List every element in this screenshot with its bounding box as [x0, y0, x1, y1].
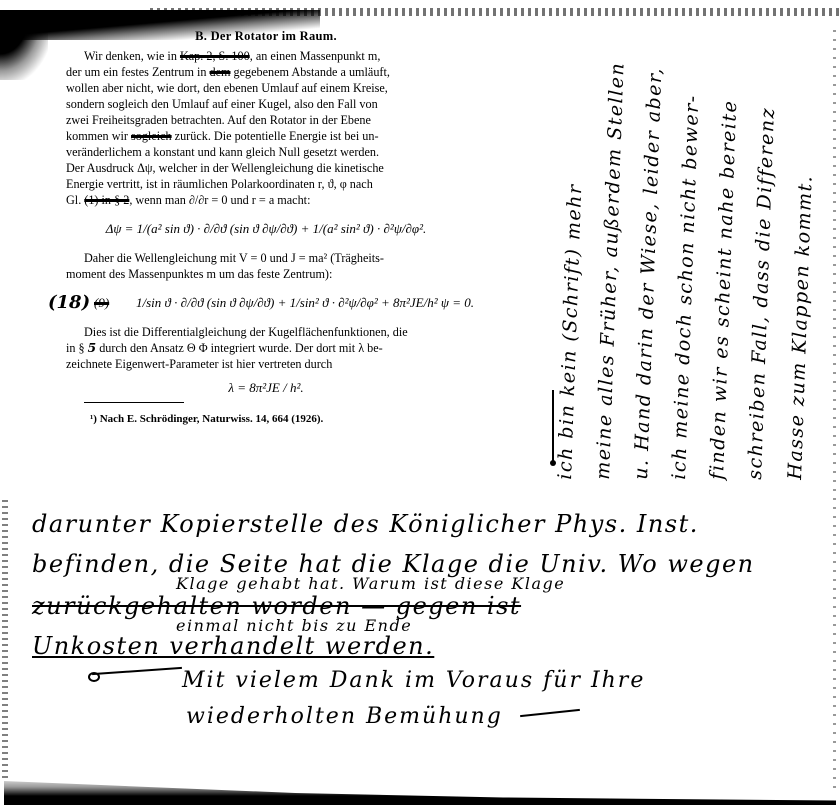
text: zurück. Die potentielle Energie ist bei …	[172, 129, 379, 143]
line: in § 5 durch den Ansatz Θ Φ integriert w…	[66, 340, 466, 356]
line: Dies ist die Differentialgleichung der K…	[66, 324, 466, 340]
struck-word: sogleich	[131, 129, 172, 143]
handwritten-line: darunter Kopierstelle des Königlicher Ph…	[32, 510, 699, 538]
pen-loop	[88, 672, 100, 682]
struck-word: dem	[210, 65, 231, 79]
handwritten-line: ich bin kein (Schrift) mehr	[554, 183, 586, 480]
handwritten-equation-number: (18)	[48, 286, 90, 320]
paragraph-2: Daher die Wellengleichung mit V = 0 und …	[66, 250, 466, 282]
line: kommen wir sogleich zurück. Die potentie…	[66, 128, 466, 144]
paragraph-1: Wir denken, wie in Kap. 2, S. 100, an ei…	[66, 48, 466, 208]
printed-equation-number: (9)	[94, 286, 109, 320]
text: , an einen Massenpunkt m,	[250, 49, 381, 63]
line: Der Ausdruck Δψ, welcher in der Wellengl…	[66, 160, 466, 176]
line: Daher die Wellengleichung mit V = 0 und …	[66, 250, 466, 266]
handwritten-line: finden wir es scheint nahe bereite	[706, 99, 741, 480]
line: Wir denken, wie in Kap. 2, S. 100, an ei…	[66, 48, 466, 64]
paragraph-3: Dies ist die Differentialgleichung der K…	[66, 324, 466, 372]
text: der um ein festes Zentrum in	[66, 65, 210, 79]
scan-shadow-corner	[0, 20, 48, 80]
text: Gl.	[66, 193, 84, 207]
footnote: ¹) Nach E. Schrödinger, Naturwiss. 14, 6…	[90, 411, 466, 427]
pen-stroke	[92, 667, 182, 675]
handwritten-line: schreiben Fall, dass die Differenz	[744, 107, 779, 480]
text: Wir denken, wie in	[84, 49, 180, 63]
line: wollen aber nicht, wie dort, den ebenen …	[66, 80, 466, 96]
equation-laplacian: Δψ = 1/(a² sin ϑ) · ∂/∂ϑ (sin ϑ ∂ψ/∂ϑ) +…	[66, 214, 466, 244]
line: veränderlichem a konstant und kann gleic…	[66, 144, 466, 160]
line: moment des Massenpunktes m um das feste …	[66, 266, 466, 282]
closing-line: Mit vielem Dank im Voraus für Ihre	[182, 668, 645, 693]
struck-reference: (1) in § 2	[84, 193, 129, 207]
equation-lambda: λ = 8π²JE / h².	[66, 380, 466, 396]
text: durch den Ansatz Θ Φ integriert wurde. D…	[96, 341, 383, 355]
scan-shadow-bottom	[4, 775, 836, 805]
handwritten-line: Unkosten verhandelt werden.	[32, 632, 434, 660]
handwritten-line: ich meine doch schon nicht bewer-	[668, 94, 703, 480]
text: in §	[66, 341, 88, 355]
scan-noise-left	[2, 500, 8, 780]
struck-reference: Kap. 2, S. 100	[180, 49, 250, 63]
handwritten-section-ref: 5	[88, 341, 96, 355]
margin-handwritten-note: ich bin kein (Schrift) mehr meine alles …	[548, 30, 838, 480]
equation-wave: (18) (9) 1/sin ϑ · ∂/∂ϑ (sin ϑ ∂ψ/∂ϑ) + …	[66, 286, 466, 320]
scan-noise-top	[150, 8, 840, 16]
handwritten-line: Hasse zum Klappen kommt.	[784, 174, 817, 480]
closing-line: wiederholten Bemühung	[186, 704, 503, 729]
handwritten-insertion: Klage gehabt hat. Warum ist diese Klage	[176, 574, 565, 593]
line: Gl. (1) in § 2, wenn man ∂/∂r = 0 und r …	[66, 192, 466, 208]
pen-stroke	[520, 709, 580, 717]
printed-text-column: B. Der Rotator im Raum. Wir denken, wie …	[66, 28, 466, 427]
line: Energie vertritt, ist in räumlichen Pola…	[66, 176, 466, 192]
scanned-page: B. Der Rotator im Raum. Wir denken, wie …	[0, 0, 840, 812]
text: gegebenem Abstande a umläuft,	[231, 65, 390, 79]
line: der um ein festes Zentrum in dem gegeben…	[66, 64, 466, 80]
section-heading: B. Der Rotator im Raum.	[66, 28, 466, 44]
handwritten-line: u. Hand darin der Wiese, leider aber,	[630, 67, 666, 480]
handwritten-line: meine alles Früher, außerdem Stellen	[592, 61, 629, 480]
footnote-divider	[84, 402, 184, 403]
line: zwei Freiheitsgraden betrachten. Auf den…	[66, 112, 466, 128]
line: sondern sogleich den Umlauf auf einer Ku…	[66, 96, 466, 112]
equation-body: 1/sin ϑ · ∂/∂ϑ (sin ϑ ∂ψ/∂ϑ) + 1/sin² ϑ …	[136, 286, 474, 320]
line: zeichnete Eigenwert-Parameter ist hier v…	[66, 356, 466, 372]
text: , wenn man ∂/∂r = 0 und r = a macht:	[129, 193, 310, 207]
text: kommen wir	[66, 129, 131, 143]
